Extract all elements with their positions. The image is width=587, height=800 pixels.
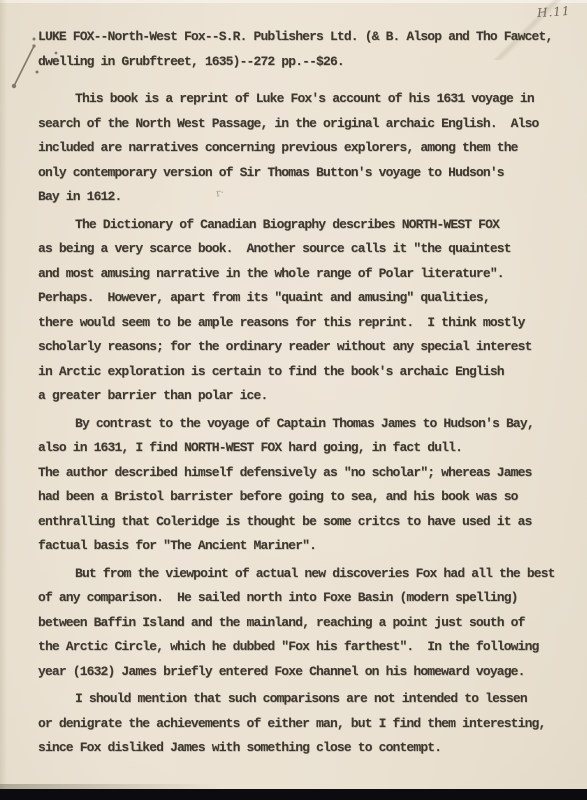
paragraph-3: By contrast to the voyage of Captain Tho… [38, 412, 567, 559]
pencil-smudge: r· [215, 187, 225, 199]
paragraph-2: The Dictionary of Canadian Biography des… [38, 213, 567, 409]
handwritten-page-number: H.11 [537, 4, 571, 20]
book-citation: LUKE FOX--North-West Fox--S.R. Publisher… [38, 25, 567, 74]
scan-left-edge [0, 0, 7, 800]
typed-text-block: LUKE FOX--North-West Fox--S.R. Publisher… [38, 25, 567, 764]
scan-bottom-edge [0, 789, 587, 800]
paragraph-5: I should mention that such comparisons a… [38, 687, 567, 761]
paragraph-4: But from the viewpoint of actual new dis… [38, 562, 567, 685]
scanned-document-page: H.11 LUKE FOX--North-West Fox--S.R. Publ… [0, 0, 587, 800]
paragraph-1: This book is a reprint of Luke Fox's acc… [38, 87, 567, 210]
